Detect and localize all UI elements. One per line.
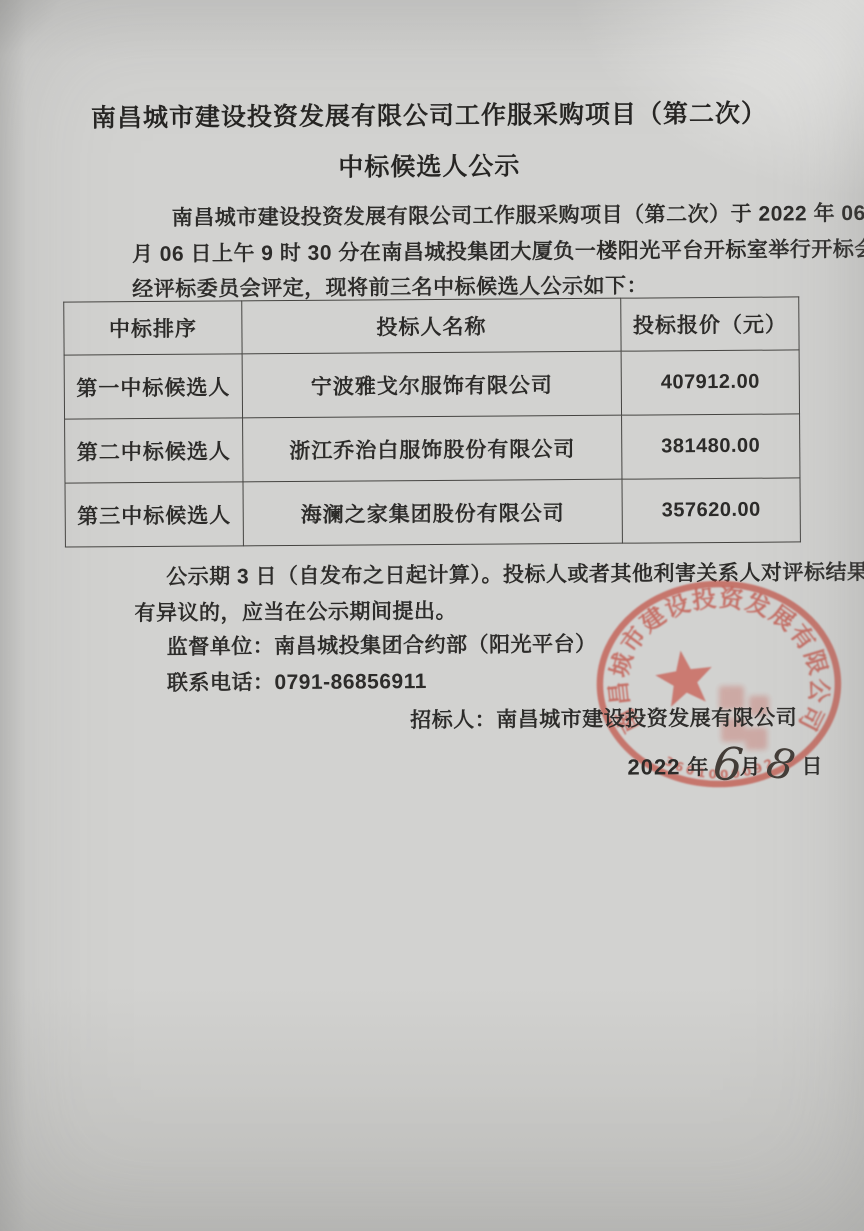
page-title: 南昌城市建设投资发展有限公司工作服采购项目（第二次） (0, 93, 861, 135)
tenderer-line: 招标人：南昌城市建设投资发展有限公司 (301, 701, 797, 734)
date-year: 2022 (627, 754, 680, 780)
handwritten-day: 8 (762, 737, 800, 791)
cell-price: 407912.00 (621, 350, 799, 415)
cell-price: 381480.00 (622, 414, 800, 479)
cell-rank: 第二中标候选人 (65, 418, 243, 483)
supervisor-line: 监督单位：南昌城投集团合约部（阳光平台） (167, 628, 597, 661)
col-header-price: 投标报价（元） (621, 297, 799, 351)
table-header-row: 中标排序 投标人名称 投标报价（元） (64, 297, 799, 355)
announcement-document: 南昌城市建设投资发展有限公司工作服采购项目（第二次） 中标候选人公示 南昌城市建… (0, 0, 864, 1231)
date-day-unit: 日 (801, 750, 823, 780)
cell-rank: 第三中标候选人 (65, 482, 243, 547)
bid-candidates-table: 中标排序 投标人名称 投标报价（元） 第一中标候选人 宁波雅戈尔服饰有限公司 4… (63, 296, 801, 547)
intro-line-1: 南昌城市建设投资发展有限公司工作服采购项目（第二次）于 2022 年 06 (172, 196, 864, 237)
col-header-bidder: 投标人名称 (242, 298, 621, 354)
table-row: 第三中标候选人 海澜之家集团股份有限公司 357620.00 (65, 478, 800, 547)
page-subtitle: 中标候选人公示 (0, 144, 861, 186)
cell-bidder: 浙江乔治白服饰股份有限公司 (243, 415, 622, 482)
document-photo: 南昌城市建设投资发展有限公司工作服采购项目（第二次） 中标候选人公示 南昌城市建… (0, 0, 864, 1231)
cell-price: 357620.00 (622, 478, 800, 543)
cell-bidder: 宁波雅戈尔服饰有限公司 (242, 351, 621, 418)
seal-star-icon (652, 646, 716, 708)
date-year-unit: 年 (687, 751, 709, 781)
table-row: 第一中标候选人 宁波雅戈尔服饰有限公司 407912.00 (64, 350, 799, 419)
col-header-rank: 中标排序 (64, 301, 242, 355)
phone-line: 联系电话：0791-86856911 (167, 665, 427, 697)
cell-bidder: 海澜之家集团股份有限公司 (243, 479, 622, 546)
table-row: 第二中标候选人 浙江乔治白服饰股份有限公司 381480.00 (65, 414, 800, 483)
intro-line-2: 月 06 日上午 9 时 30 分在南昌城投集团大厦负一楼阳光平台开标室举行开标… (132, 231, 864, 272)
cell-rank: 第一中标候选人 (64, 354, 242, 419)
intro-paragraph: 南昌城市建设投资发展有限公司工作服采购项目（第二次）于 2022 年 06 月 … (132, 196, 864, 308)
handwritten-month: 6 (710, 735, 745, 792)
date-line: 2022 年 6 月 8 日 (627, 730, 823, 785)
